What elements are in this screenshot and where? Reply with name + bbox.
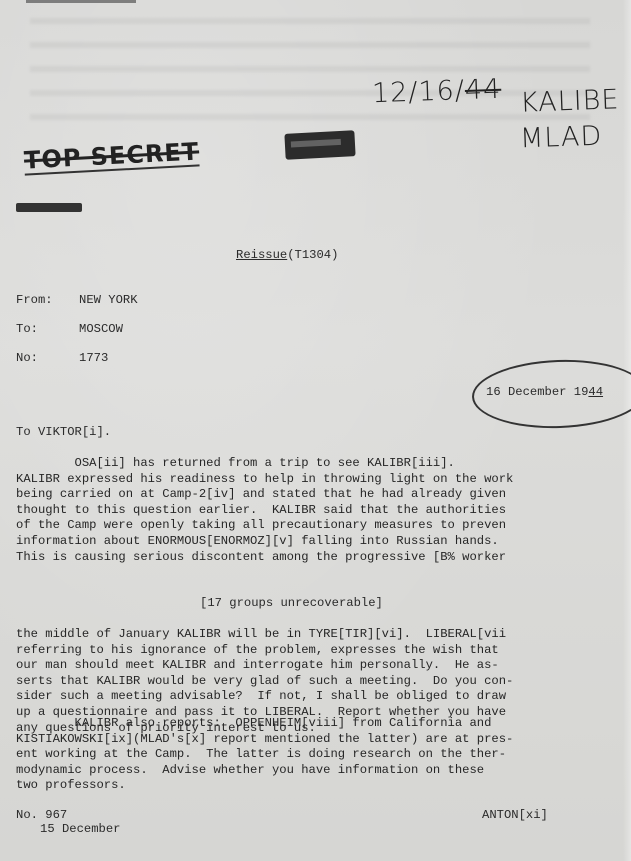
text-line: OSA[ii] has returned from a trip to see …	[16, 456, 631, 472]
from-label: From:	[16, 293, 53, 309]
text-line: ent working at the Camp. The latter is d…	[16, 747, 631, 763]
to-label: To:	[16, 322, 38, 338]
text-line: KALIBR expressed his readiness to help i…	[16, 472, 631, 488]
number-label: No:	[16, 351, 38, 367]
message-date: 16 December 1944	[486, 385, 603, 399]
from-value: NEW YORK	[79, 293, 138, 309]
text-line: of the Camp were openly taking all preca…	[16, 518, 631, 534]
text-line: being carried on at Camp-2[iv] and state…	[16, 487, 631, 503]
text-line: the middle of January KALIBR will be in …	[16, 627, 631, 643]
circled-date: 16 December 1944	[470, 358, 630, 428]
bleed-through-text	[30, 0, 590, 120]
unrecoverable-note: [17 groups unrecoverable]	[200, 596, 383, 612]
signature: ANTON[xi]	[482, 808, 548, 824]
paragraph-1: OSA[ii] has returned from a trip to see …	[16, 456, 631, 565]
paragraph-3: KALIBR also reports: OPPENHEIM[viii] fro…	[16, 716, 631, 794]
text-line: This is causing serious discontent among…	[16, 550, 631, 566]
handwritten-covername: KALIBE	[519, 84, 619, 118]
top-mark	[26, 0, 136, 3]
redaction-bar	[16, 203, 82, 212]
salutation: To VIKTOR[i].	[16, 425, 111, 441]
text-line: two professors.	[16, 778, 631, 794]
to-value: MOSCOW	[79, 322, 123, 338]
text-line: thought to this question earlier. KALIBR…	[16, 503, 631, 519]
text-line: KALIBR also reports: OPPENHEIM[viii] fro…	[16, 716, 631, 732]
text-line: KISTIAKOWSKI[ix](MLAD's[x] report mentio…	[16, 732, 631, 748]
text-line: referring to his ignorance of the proble…	[16, 643, 631, 659]
text-line: modynamic process. Advise whether you ha…	[16, 763, 631, 779]
text-line: information about ENORMOUS[ENORMOZ][v] f…	[16, 534, 631, 550]
text-line: sider such a meeting advisable? If not, …	[16, 689, 631, 705]
text-line: our man should meet KALIBR and interroga…	[16, 658, 631, 674]
redaction-block	[284, 130, 355, 160]
document-title: Reissue(T1304)	[236, 248, 338, 264]
classification-stamp: TOP SECRET	[23, 138, 199, 175]
text-line: serts that KALIBR would be very glad of …	[16, 674, 631, 690]
number-value: 1773	[79, 351, 108, 367]
footer-date: 15 December	[40, 822, 120, 838]
handwritten-date: 12/16/44	[371, 74, 501, 109]
handwritten-mlad: MLAD	[519, 121, 602, 155]
document-page: 12/16/44 KALIBE MLAD TOP SECRET Reissue(…	[0, 0, 631, 861]
